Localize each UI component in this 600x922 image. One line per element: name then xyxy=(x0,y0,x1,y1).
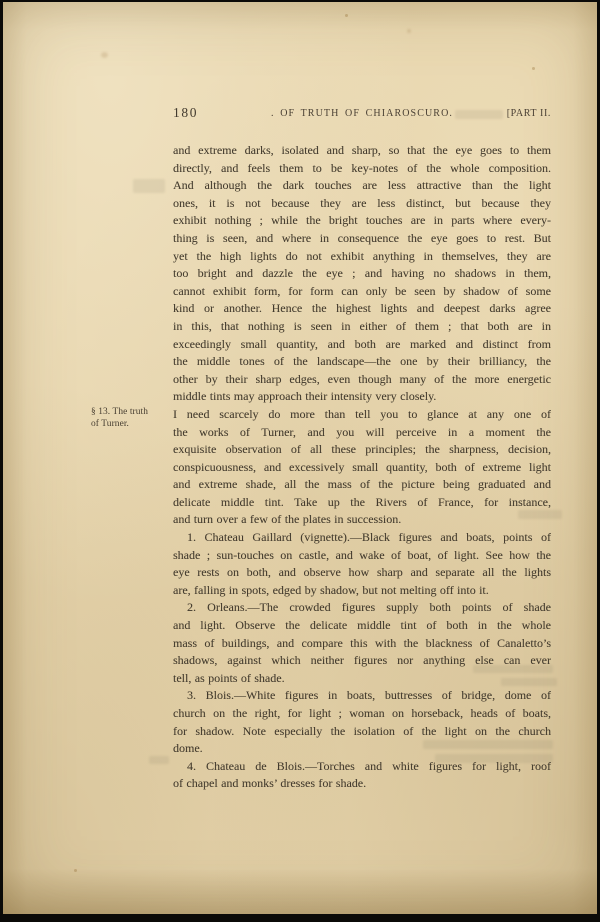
text-line: 2. Orleans.—The crowded figures supply b… xyxy=(173,599,551,617)
text-line: other by their sharp edges, even though … xyxy=(173,371,551,389)
text-line: exquisite observation of all these princ… xyxy=(173,441,551,459)
text-line: and extreme darks, isolated and sharp, s… xyxy=(173,142,551,160)
text-line: the works of Turner, and you will percei… xyxy=(173,424,551,442)
margin-note: § 13. The truth of Turner. xyxy=(91,407,171,430)
text-line: are, falling in spots, edged by shadow, … xyxy=(173,582,551,600)
text-line: mass of buildings, and compare this with… xyxy=(173,635,551,653)
bleed-through-ghost xyxy=(455,110,503,119)
bleed-through-ghost xyxy=(518,510,562,519)
stain-speck xyxy=(407,29,411,33)
text-line: yet the high lights do not exhibit anyth… xyxy=(173,248,551,266)
text-line: exhibit nothing ; while the bright touch… xyxy=(173,212,551,230)
text-line: and extreme shade, all the mass of the p… xyxy=(173,476,551,494)
text-line: shade ; sun-touches on castle, and wake … xyxy=(173,547,551,565)
page-scan: 180 . OF TRUTH OF CHIAROSCURO. [PART II.… xyxy=(0,0,600,922)
text-block: and extreme darks, isolated and sharp, s… xyxy=(173,142,551,793)
stain-speck xyxy=(74,869,77,872)
bleed-through-ghost xyxy=(133,179,165,193)
text-line: for shadow. Note especially the isolatio… xyxy=(173,723,551,741)
text-line: and turn over a few of the plates in suc… xyxy=(173,511,551,529)
text-line: ones, it is not because they are less di… xyxy=(173,195,551,213)
text-line: too bright and dazzle the eye ; and havi… xyxy=(173,265,551,283)
text-line: middle tints may approach their intensit… xyxy=(173,388,551,406)
paper: 180 . OF TRUTH OF CHIAROSCURO. [PART II.… xyxy=(3,2,597,914)
text-line: kind or another. Hence the highest light… xyxy=(173,300,551,318)
header-part-label: [PART II. xyxy=(507,108,551,119)
text-line: in this, that nothing is seen in either … xyxy=(173,318,551,336)
bleed-through-ghost xyxy=(501,678,557,686)
text-line: delicate middle tint. Take up the Rivers… xyxy=(173,494,551,512)
margin-note-line: of Turner. xyxy=(91,419,171,431)
text-line: directly, and feels them to be key-notes… xyxy=(173,160,551,178)
text-line: 1. Chateau Gaillard (vignette).—Black fi… xyxy=(173,529,551,547)
bleed-through-ghost xyxy=(473,665,553,673)
bleed-through-ghost xyxy=(149,756,169,764)
stain-speck xyxy=(101,52,108,58)
bleed-through-ghost xyxy=(423,740,553,749)
stain-speck xyxy=(345,14,348,17)
text-line: of chapel and monks’ dresses for shade. xyxy=(173,775,551,793)
text-line: cannot exhibit form, for form can only b… xyxy=(173,283,551,301)
text-line: church on the right, for light ; woman o… xyxy=(173,705,551,723)
text-line: 3. Blois.—White figures in boats, buttre… xyxy=(173,687,551,705)
margin-note-line: § 13. The truth xyxy=(91,407,171,419)
text-line: conspicuousness, and excessively small q… xyxy=(173,459,551,477)
text-line: and light. Observe the delicate middle t… xyxy=(173,617,551,635)
text-line: I need scarcely do more than tell you to… xyxy=(173,406,551,424)
text-line: the middle tones of the landscape—the on… xyxy=(173,353,551,371)
text-line: And although the dark touches are less a… xyxy=(173,177,551,195)
text-line: thing is seen, and where in consequence … xyxy=(173,230,551,248)
bleed-through-ghost xyxy=(435,754,553,763)
stain-speck xyxy=(532,67,535,70)
text-line: eye rests on both, and observe how sharp… xyxy=(173,564,551,582)
text-line: exceedingly small quantity, and both are… xyxy=(173,336,551,354)
